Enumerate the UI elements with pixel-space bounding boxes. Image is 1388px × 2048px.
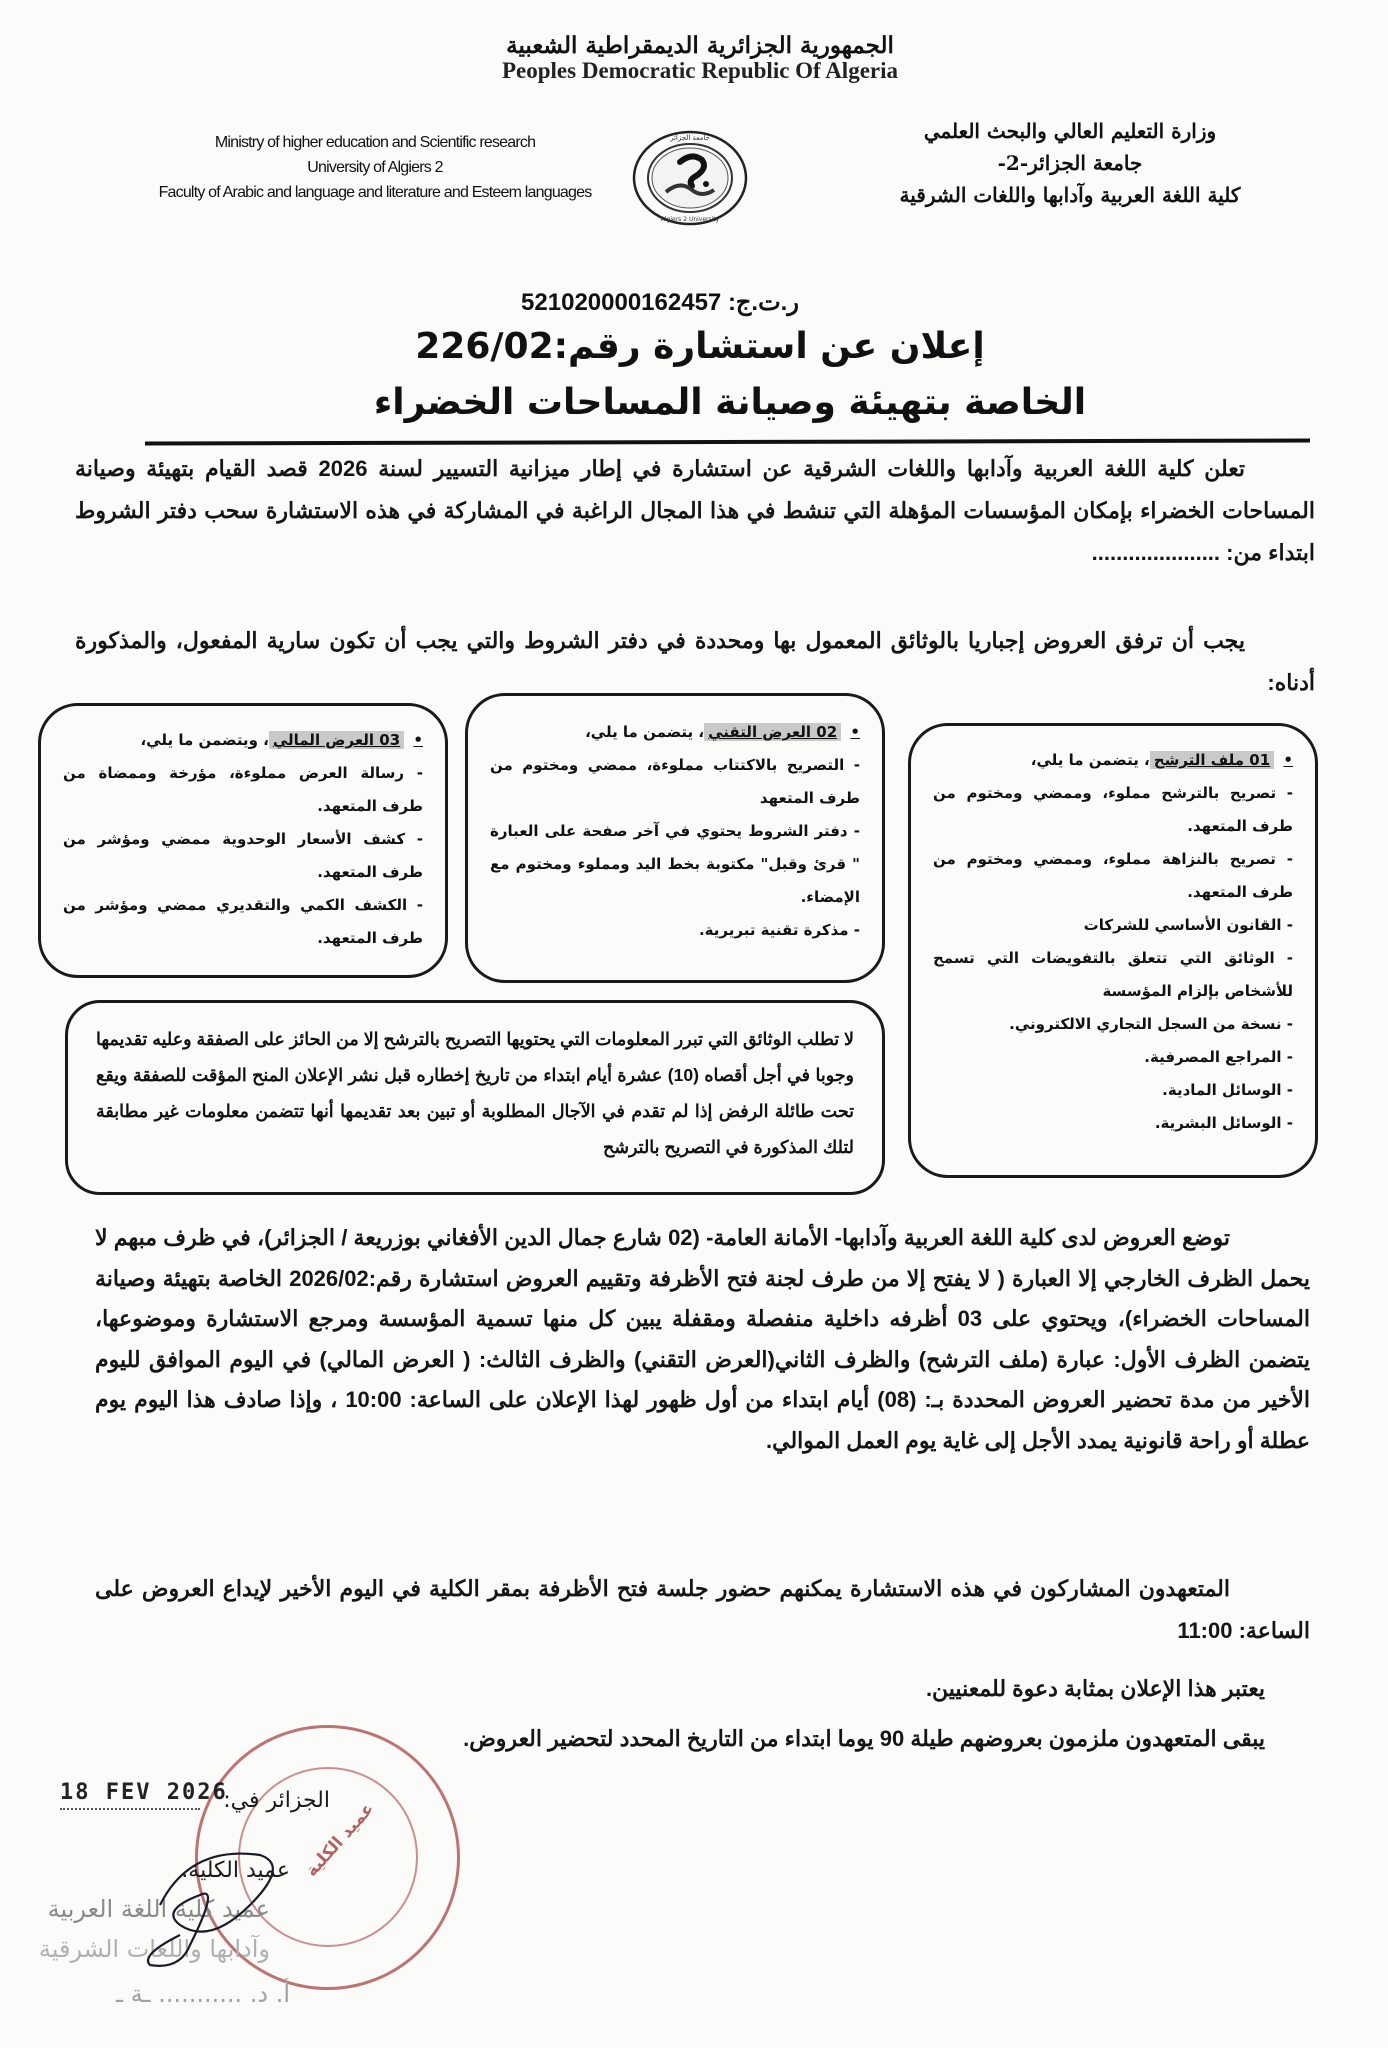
opening-session-paragraph: المتعهدون المشاركون في هذه الاستشارة يمك… [95,1568,1310,1652]
list-item: - دفتر الشروط يحتوي في آخر صفحة على العب… [490,815,860,914]
faculty-english: Faculty of Arabic and language and liter… [150,180,600,205]
signature-icon [120,1825,300,1975]
list-item: - الوسائل البشرية. [933,1107,1293,1140]
republic-name-english: Peoples Democratic Republic Of Algeria [300,58,1100,84]
list-item: - الوسائل المادية. [933,1074,1293,1107]
list-item: - تصريح بالترشح مملوء، وممضي ومختوم من ط… [933,777,1293,843]
notice-box: لا تطلب الوثائق التي تبرر المعلومات التي… [65,1000,885,1195]
date-dotted-line [60,1808,200,1810]
republic-name-arabic: الجمهورية الجزائرية الديمقراطية الشعبية [300,32,1100,59]
reference-number: ر.ت.ج: 521020000162457 [380,288,940,317]
list-item: - نسخة من السجل التجاري الالكتروني. [933,1008,1293,1041]
bullet-icon: • [413,731,423,749]
university-arabic: جامعة الجزائر-2- [820,147,1320,179]
invitation-paragraph: يعتبر هذا الإعلان بمثابة دعوة للمعنيين. [95,1668,1265,1710]
reference-value: 521020000162457 [521,289,721,316]
list-item: - القانون الأساسي للشركات [933,909,1293,942]
university-english: University of Algiers 2 [150,155,600,180]
list-item: - مذكرة تقنية تبريرية. [490,914,860,947]
ministry-arabic: وزارة التعليم العالي والبحث العلمي [820,115,1320,147]
intro-paragraph: تعلن كلية اللغة العربية وآدابها واللغات … [75,448,1315,574]
list-item: - التصريح بالاكتتاب مملوءة، ممضي ومختوم … [490,749,860,815]
ministry-english: Ministry of higher education and Scienti… [150,130,600,155]
box-heading: • 03 العرض المالي، ويتضمن ما يلي، [140,724,423,757]
list-item: - رسالة العرض مملوءة، مؤرخة وممضاة من طر… [63,757,423,823]
bullet-icon: • [1283,751,1293,769]
box-heading: • 02 العرض التقني، يتضمن ما يلي، [585,716,860,749]
svg-text:Algiers 2 University: Algiers 2 University [661,216,720,223]
page-title: إعلان عن استشارة رقم:226/02 [150,326,1250,367]
notice-text: لا تطلب الوثائق التي تبرر المعلومات التي… [68,1003,882,1165]
dean-name: أ. د. ........... ـة ـ [0,1980,290,2008]
title-underline [145,438,1310,445]
candidacy-file-box: • 01 ملف الترشح، يتضمن ما يلي، - تصريح ب… [908,723,1318,1178]
svg-text:جامعة الجزائر: جامعة الجزائر [669,134,710,142]
page-subtitle: الخاصة بتهيئة وصيانة المساحات الخضراء [150,382,1310,423]
list-item: - المراجع المصرفية. [933,1041,1293,1074]
box-heading: • 01 ملف الترشح، يتضمن ما يلي، [1031,744,1293,777]
list-item: - تصريح بالنزاهة مملوء، وممضي ومختوم من … [933,843,1293,909]
deposit-paragraph: توضع العروض لدى كلية اللغة العربية وآداب… [95,1218,1310,1461]
place-date-label: الجزائر في: [190,1788,330,1813]
bullet-icon: • [850,723,860,741]
list-item: - كشف الأسعار الوحدوية ممضي ومؤشر من طرف… [63,823,423,889]
technical-offer-box: • 02 العرض التقني، يتضمن ما يلي، - التصر… [465,693,885,983]
requirements-paragraph: يجب أن ترفق العروض إجباريا بالوثائق المع… [75,620,1315,704]
reference-label: ر.ت.ج: [728,289,799,316]
list-item: - الكشف الكمي والتقديري ممضي ومؤشر من طر… [63,889,423,955]
list-item: - الوثائق التي تتعلق بالتفويضات التي تسم… [933,942,1293,1008]
university-logo-icon: جامعة الجزائر Algiers 2 University [630,128,750,228]
institution-arabic-block: وزارة التعليم العالي والبحث العلمي جامعة… [820,115,1320,211]
financial-offer-box: • 03 العرض المالي، ويتضمن ما يلي، - رسال… [38,703,448,978]
faculty-arabic: كلية اللغة العربية وآدابها واللغات الشرق… [820,179,1320,211]
institution-english-block: Ministry of higher education and Scienti… [150,130,600,205]
